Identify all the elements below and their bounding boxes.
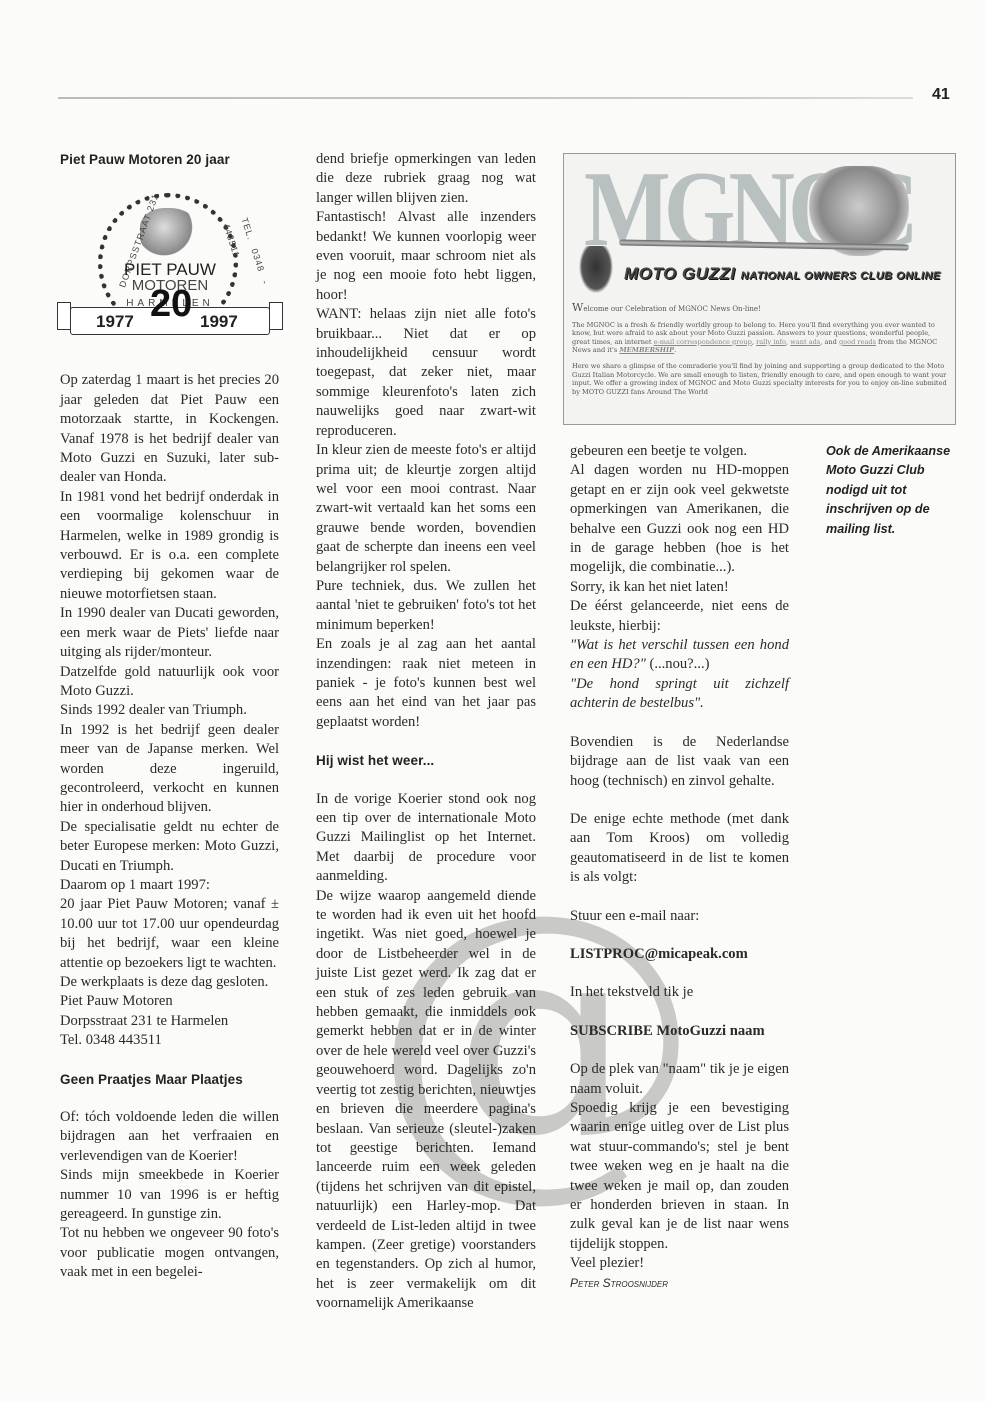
paragraph: In 1992 is het bedrijf geen dealer meer … bbox=[60, 721, 279, 818]
quote: "Wat is het verschil tussen een hond en … bbox=[570, 636, 789, 675]
paragraph: Op de plek van "naam" tik je je eigen na… bbox=[570, 1060, 789, 1099]
paragraph: In de vorige Koerier stond ook nog een t… bbox=[316, 790, 536, 887]
paragraph: Fantastisch! Alvast alle inzenders bedan… bbox=[316, 208, 536, 305]
paragraph: Op zaterdag 1 maart is het precies 20 ja… bbox=[60, 371, 279, 487]
paragraph: 20 jaar Piet Pauw Motoren; vanaf ± 10.00… bbox=[60, 895, 279, 973]
mgnoc-welcome: Welcome our Celebration of MGNOC News On… bbox=[564, 304, 955, 314]
paragraph: Tot nu hebben we ongeveer 90 foto's voor… bbox=[60, 1224, 279, 1282]
link-rally-info[interactable]: rally info bbox=[756, 338, 786, 346]
column-3: gebeuren een beetje te volgen. Al dagen … bbox=[570, 442, 789, 1293]
piet-pauw-anniversary-logo: DORPSSTRAAT 231 TEL. 0348 - 443511 PIET … bbox=[60, 183, 280, 343]
paragraph: In 1981 vond het bedrijf onderdak in een… bbox=[60, 488, 279, 604]
paragraph: De werkplaats is deze dag gesloten. bbox=[60, 973, 279, 992]
column-1: Piet Pauw Motoren 20 jaar DORPSSTRAAT 23… bbox=[60, 150, 279, 1283]
column-2: dend briefje opmerkingen van leden die d… bbox=[316, 150, 536, 1314]
paragraph: In kleur zien de meeste foto's er altijd… bbox=[316, 441, 536, 577]
caption-sidenote: Ook de Amerikaanse Moto Guzzi Club nodig… bbox=[826, 442, 956, 539]
paragraph: Daarom op 1 maart 1997: bbox=[60, 876, 279, 895]
paragraph: Stuur een e-mail naar: bbox=[570, 907, 789, 926]
paragraph: De wijze waarop aangemeld diende te word… bbox=[316, 887, 536, 1314]
address-line: Dorpsstraat 231 te Harmelen bbox=[60, 1012, 279, 1031]
paragraph: Of: tóch voldoende leden die willen bijd… bbox=[60, 1108, 279, 1166]
paragraph: Datzelfde gold natuurlijk ook voor Moto … bbox=[60, 663, 279, 702]
article-heading-praatjes: Geen Praatjes Maar Plaatjes bbox=[60, 1070, 279, 1089]
paragraph: En zoals je al zag aan het aantal inzend… bbox=[316, 635, 536, 732]
paragraph: In 1990 dealer van Ducati geworden, een … bbox=[60, 604, 279, 662]
mgnoc-banner: MGNOC MOTO GUZZI NATIONAL OWNERS CLUB ON… bbox=[564, 154, 955, 304]
paragraph: De enige echte methode (met dank aan Tom… bbox=[570, 810, 789, 888]
page-number: 41 bbox=[932, 86, 950, 104]
paragraph: dend briefje opmerkingen van leden die d… bbox=[316, 150, 536, 208]
mgnoc-second-paragraph: Here we share a glimpse of the comraderi… bbox=[564, 362, 955, 396]
paragraph: In het tekstveld tik je bbox=[570, 983, 789, 1002]
paragraph: Pure techniek, dus. We zullen het aantal… bbox=[316, 577, 536, 635]
logo-year-end: 1997 bbox=[200, 312, 238, 331]
paragraph: Sinds 1992 dealer van Triumph. bbox=[60, 701, 279, 720]
author-byline: Peter Stroosnijder bbox=[570, 1274, 789, 1293]
paragraph: WANT: helaas zijn niet alle foto's bruik… bbox=[316, 305, 536, 441]
link-want-ads[interactable]: want ads bbox=[790, 338, 820, 346]
paragraph: Al dagen worden nu HD-moppen getapt en e… bbox=[570, 461, 789, 577]
link-email-group[interactable]: e-mail correspondence group bbox=[654, 338, 752, 346]
paragraph: Spoedig krijg je een bevestiging waarin … bbox=[570, 1099, 789, 1254]
eagle-icon bbox=[576, 246, 616, 298]
logo-year-start: 1977 bbox=[96, 312, 134, 331]
mgnoc-website-screenshot: MGNOC MOTO GUZZI NATIONAL OWNERS CLUB ON… bbox=[563, 153, 956, 425]
logo-big-number: 20 bbox=[150, 295, 192, 314]
paragraph: De specialisatie geldt nu echter de bete… bbox=[60, 818, 279, 876]
header-rule bbox=[58, 97, 913, 99]
article-heading-piet-pauw: Piet Pauw Motoren 20 jaar bbox=[60, 150, 279, 169]
link-membership[interactable]: MEMBERSHIP bbox=[619, 346, 674, 354]
address-line: Piet Pauw Motoren bbox=[60, 992, 279, 1011]
paragraph: De éérst gelanceerde, niet eens de leuks… bbox=[570, 597, 789, 636]
quote: "De hond springt uit zichzelf achterin d… bbox=[570, 675, 789, 714]
paragraph: Bovendien is de Nederlandse bijdrage aan… bbox=[570, 733, 789, 791]
mgnoc-intro-paragraph: The MGNOC is a fresh & friendly worldly … bbox=[564, 321, 955, 355]
paragraph: gebeuren een beetje te volgen. bbox=[570, 442, 789, 461]
paragraph: Veel plezier! bbox=[570, 1254, 789, 1273]
subscribe-command: SUBSCRIBE MotoGuzzi naam bbox=[570, 1022, 789, 1041]
address-line: Tel. 0348 443511 bbox=[60, 1031, 279, 1050]
article-heading-hij-wist: Hij wist het weer... bbox=[316, 751, 536, 770]
link-good-reads[interactable]: good reads bbox=[839, 338, 876, 346]
paragraph: Sorry, ik kan het niet laten! bbox=[570, 578, 789, 597]
email-address: LISTPROC@micapeak.com bbox=[570, 945, 789, 964]
mgnoc-subtitle: MOTO GUZZI NATIONAL OWNERS CLUB ONLINE bbox=[624, 264, 941, 284]
paragraph: Sinds mijn smeekbede in Koerier nummer 1… bbox=[60, 1166, 279, 1224]
logo-line-1: PIET PAUW bbox=[60, 261, 280, 278]
